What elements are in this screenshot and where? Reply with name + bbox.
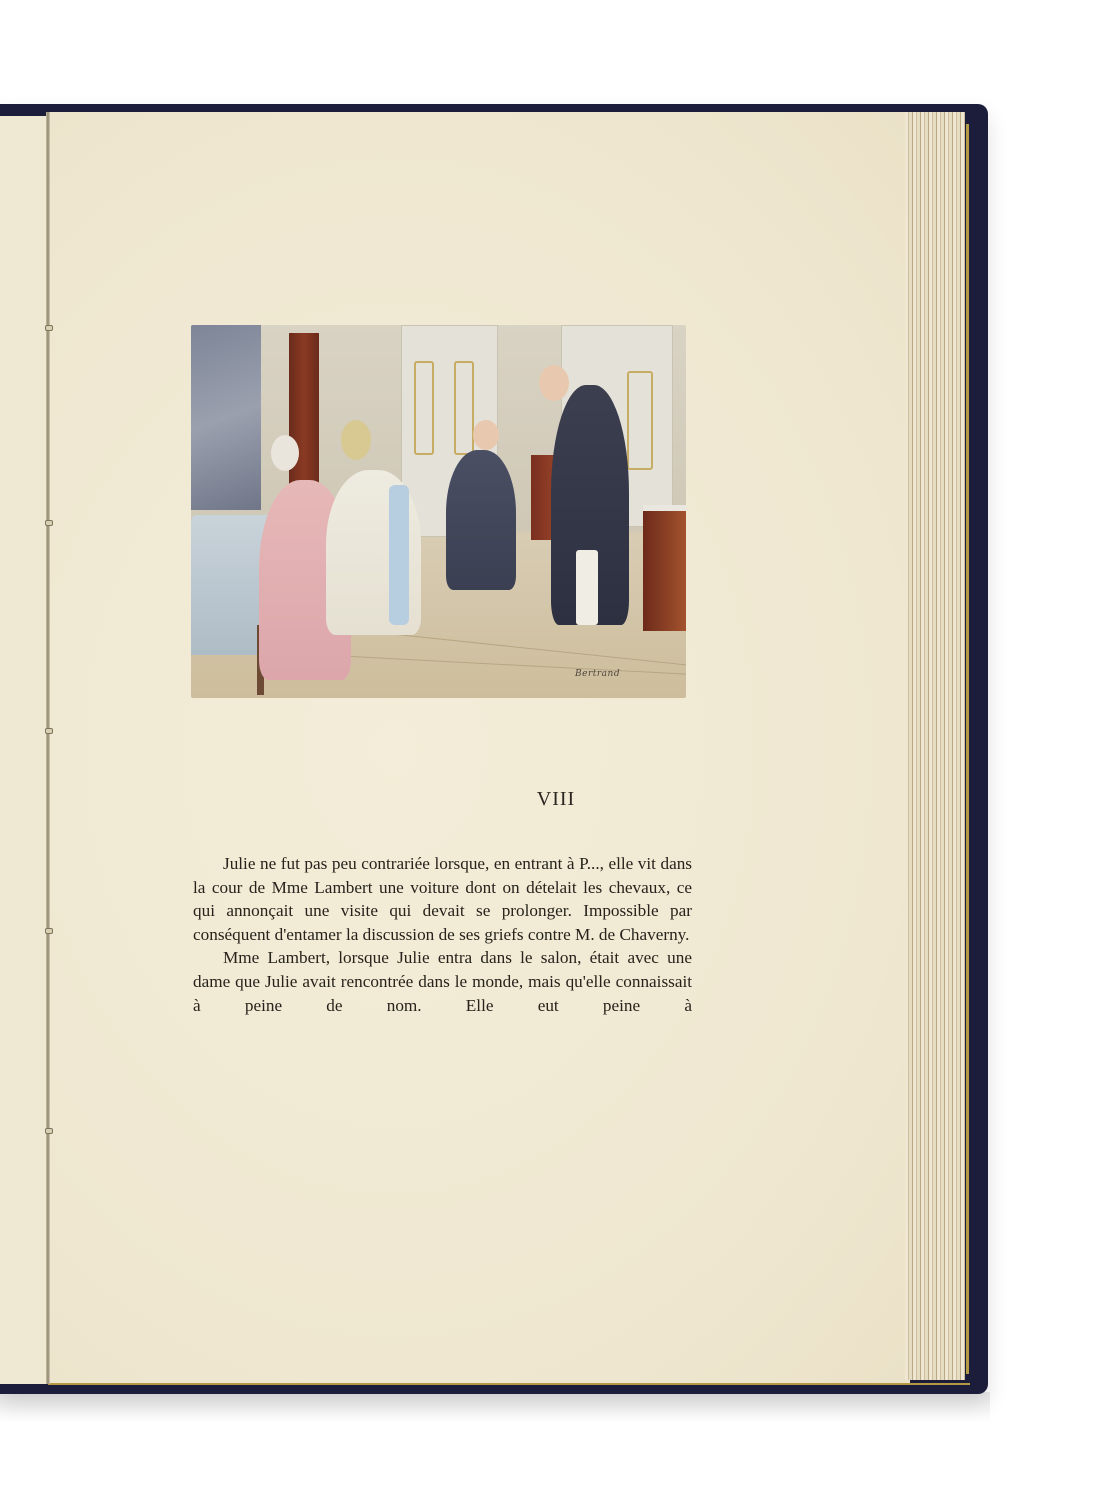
side-table (643, 505, 686, 631)
cover-shadow (0, 1392, 990, 1422)
page-edges (905, 112, 965, 1380)
binding-stitch (45, 928, 53, 934)
chapter-number: VIII (537, 788, 575, 810)
right-page (50, 112, 910, 1384)
chapter-heading: VIII (0, 788, 1112, 811)
binding-stitch (45, 728, 53, 734)
artist-signature: Bertrand (575, 669, 620, 679)
illustration: Bertrand (191, 325, 686, 698)
lady-hat (341, 420, 371, 460)
paragraph: Julie ne fut pas peu contrariée lorsque,… (193, 852, 692, 946)
panel-ornament (627, 371, 653, 470)
tapestry-painting (191, 325, 261, 510)
binding-stitch (45, 1128, 53, 1134)
door-ornament (454, 361, 474, 455)
gentleman-head (539, 365, 569, 401)
gilt-border-bottom (48, 1383, 970, 1385)
seated-officer (446, 450, 516, 590)
paragraph: Mme Lambert, lorsque Julie entra dans le… (193, 946, 692, 1017)
white-stockings (576, 550, 598, 625)
binding-stitch (45, 520, 53, 526)
left-page (0, 116, 48, 1384)
gilt-border-right (966, 124, 969, 1374)
book-gutter (46, 112, 50, 1384)
officer-head (473, 420, 499, 450)
blue-shawl (389, 485, 409, 625)
lady-bonnet (271, 435, 299, 471)
binding-stitch (45, 325, 53, 331)
body-text: Julie ne fut pas peu contrariée lorsque,… (193, 852, 692, 1017)
door-ornament (414, 361, 434, 455)
